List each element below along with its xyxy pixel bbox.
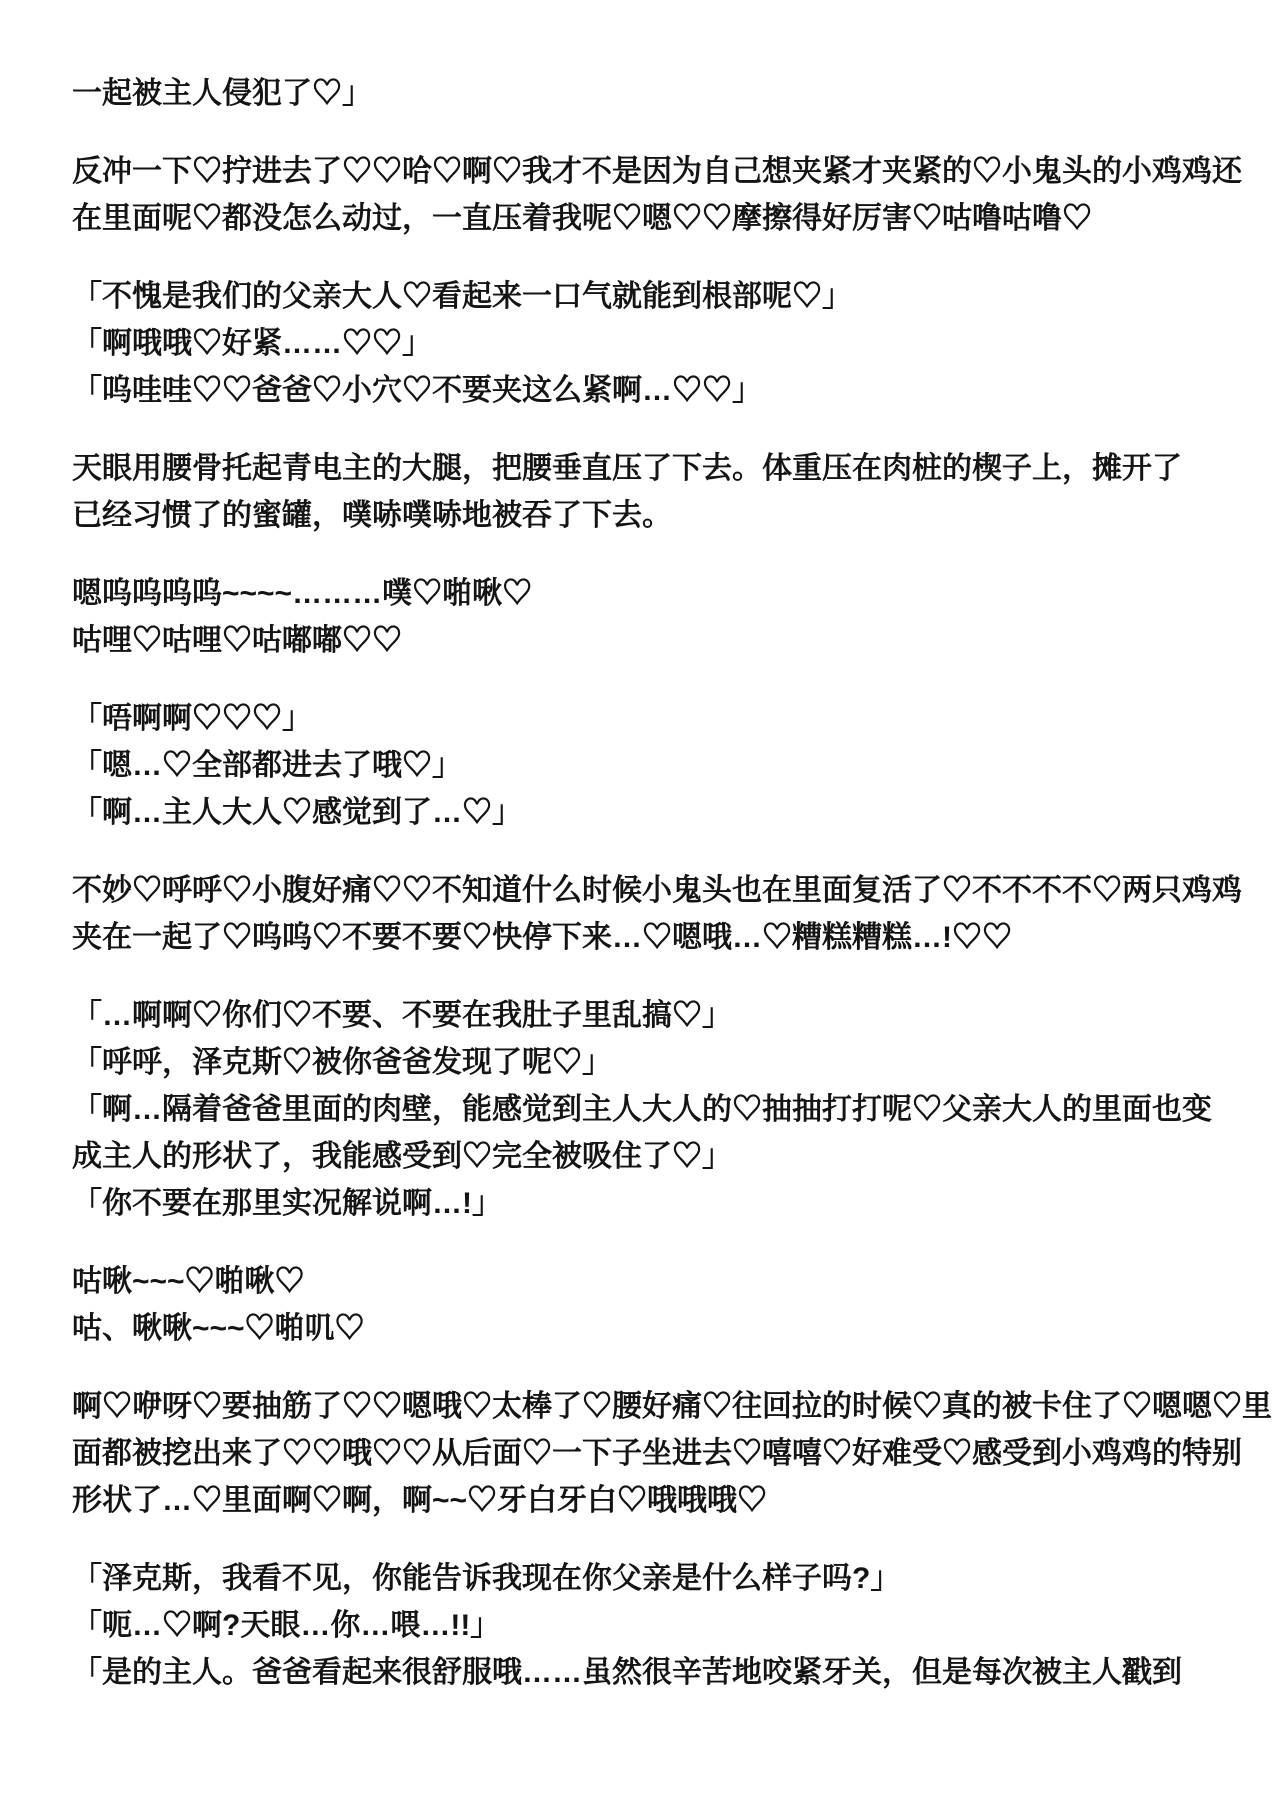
paragraph: 嗯呜呜呜呜~~~~………噗♡啪啾♡ 咕哩♡咕哩♡咕嘟嘟♡♡	[72, 570, 1224, 664]
dialogue-line: 「嗯…♡全部都进去了哦♡」	[72, 742, 1224, 789]
sfx-line: 咕啾~~~♡啪啾♡	[72, 1258, 1224, 1305]
text-line: 反冲一下♡拧进去了♡♡哈♡啊♡我才不是因为自己想夹紧才夹紧的♡小鬼头的小鸡鸡还	[72, 148, 1224, 195]
text-line: 在里面呢♡都没怎么动过，一直压着我呢♡嗯♡♡摩擦得好厉害♡咕噜咕噜♡	[72, 195, 1224, 242]
dialogue-line: 「呼呼，泽克斯♡被你爸爸发现了呢♡」	[72, 1039, 1224, 1086]
dialogue-line: 「你不要在那里实况解说啊…!」	[72, 1180, 1224, 1227]
text-line: 不妙♡呼呼♡小腹好痛♡♡不知道什么时候小鬼头也在里面复活了♡不不不不♡两只鸡鸡	[72, 867, 1224, 914]
paragraph: 「…啊啊♡你们♡不要、不要在我肚子里乱搞♡」 「呼呼，泽克斯♡被你爸爸发现了呢♡…	[72, 992, 1224, 1227]
dialogue-line: 「泽克斯，我看不见，你能告诉我现在你父亲是什么样子吗?」	[72, 1555, 1224, 1602]
text-line: 一起被主人侵犯了♡」	[72, 70, 1224, 117]
dialogue-line: 「呃…♡啊?天眼…你…喂…!!」	[72, 1602, 1224, 1649]
document-page: 一起被主人侵犯了♡」 反冲一下♡拧进去了♡♡哈♡啊♡我才不是因为自己想夹紧才夹紧…	[0, 0, 1280, 1810]
paragraph: 反冲一下♡拧进去了♡♡哈♡啊♡我才不是因为自己想夹紧才夹紧的♡小鬼头的小鸡鸡还 …	[72, 148, 1224, 242]
paragraph: 咕啾~~~♡啪啾♡ 咕、啾啾~~~♡啪叽♡	[72, 1258, 1224, 1352]
dialogue-line: 「唔啊啊♡♡♡」	[72, 695, 1224, 742]
dialogue-line: 「啊哦哦♡好紧……♡♡」	[72, 320, 1224, 367]
text-line: 形状了…♡里面啊♡啊，啊~~♡牙白牙白♡哦哦哦♡	[72, 1477, 1224, 1524]
sfx-line: 咕、啾啾~~~♡啪叽♡	[72, 1305, 1224, 1352]
sfx-line: 咕哩♡咕哩♡咕嘟嘟♡♡	[72, 617, 1224, 664]
paragraph: 「泽克斯，我看不见，你能告诉我现在你父亲是什么样子吗?」 「呃…♡啊?天眼…你……	[72, 1555, 1224, 1696]
paragraph: 「唔啊啊♡♡♡」 「嗯…♡全部都进去了哦♡」 「啊…主人大人♡感觉到了…♡」	[72, 695, 1224, 836]
sfx-line: 嗯呜呜呜呜~~~~………噗♡啪啾♡	[72, 570, 1224, 617]
dialogue-line: 「…啊啊♡你们♡不要、不要在我肚子里乱搞♡」	[72, 992, 1224, 1039]
text-line: 已经习惯了的蜜罐，噗哧噗哧地被吞了下去。	[72, 492, 1224, 539]
dialogue-line: 「呜哇哇♡♡爸爸♡小穴♡不要夹这么紧啊…♡♡」	[72, 367, 1224, 414]
text-line: 啊♡咿呀♡要抽筋了♡♡嗯哦♡太棒了♡腰好痛♡往回拉的时候♡真的被卡住了♡嗯嗯♡里	[72, 1383, 1224, 1430]
text-line: 天眼用腰骨托起青电主的大腿，把腰垂直压了下去。体重压在肉桩的楔子上，摊开了	[72, 445, 1224, 492]
dialogue-line: 「是的主人。爸爸看起来很舒服哦……虽然很辛苦地咬紧牙关，但是每次被主人戳到	[72, 1649, 1224, 1696]
paragraph: 「不愧是我们的父亲大人♡看起来一口气就能到根部呢♡」 「啊哦哦♡好紧……♡♡」 …	[72, 273, 1224, 414]
dialogue-line: 成主人的形状了，我能感受到♡完全被吸住了♡」	[72, 1133, 1224, 1180]
paragraph: 天眼用腰骨托起青电主的大腿，把腰垂直压了下去。体重压在肉桩的楔子上，摊开了 已经…	[72, 445, 1224, 539]
paragraph: 不妙♡呼呼♡小腹好痛♡♡不知道什么时候小鬼头也在里面复活了♡不不不不♡两只鸡鸡 …	[72, 867, 1224, 961]
text-line: 面都被挖出来了♡♡哦♡♡从后面♡一下子坐进去♡嘻嘻♡好难受♡感受到小鸡鸡的特别	[72, 1430, 1224, 1477]
dialogue-line: 「不愧是我们的父亲大人♡看起来一口气就能到根部呢♡」	[72, 273, 1224, 320]
dialogue-line: 「啊…主人大人♡感觉到了…♡」	[72, 789, 1224, 836]
dialogue-line: 「啊…隔着爸爸里面的肉壁，能感觉到主人大人的♡抽抽打打呢♡父亲大人的里面也变	[72, 1086, 1224, 1133]
paragraph: 一起被主人侵犯了♡」	[72, 70, 1224, 117]
text-line: 夹在一起了♡呜呜♡不要不要♡快停下来…♡嗯哦…♡糟糕糟糕…!♡♡	[72, 914, 1224, 961]
paragraph: 啊♡咿呀♡要抽筋了♡♡嗯哦♡太棒了♡腰好痛♡往回拉的时候♡真的被卡住了♡嗯嗯♡里…	[72, 1383, 1224, 1524]
